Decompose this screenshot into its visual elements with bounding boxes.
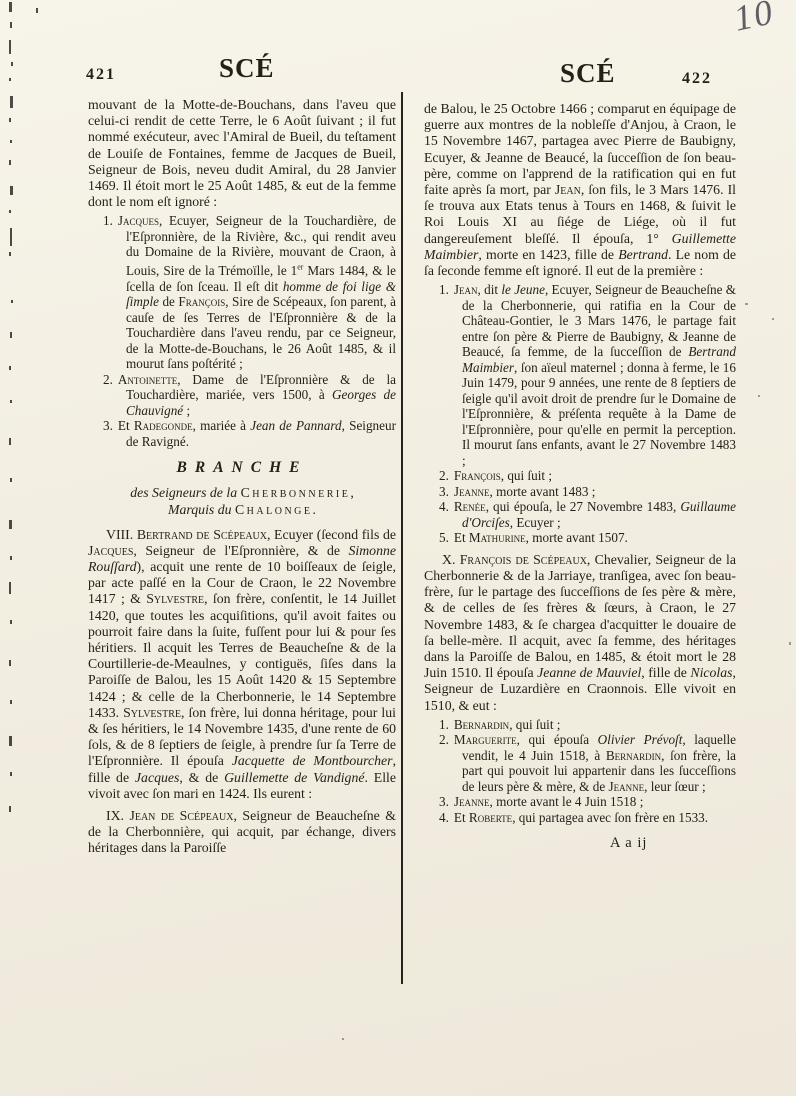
list-item-number: 5. <box>439 530 454 545</box>
page-number-right: 422 <box>682 70 712 88</box>
text-segment: François <box>454 468 501 483</box>
text-segment: , dit <box>478 282 502 297</box>
text-segment: , fille de <box>641 665 690 680</box>
text-segment: Jean de Scépeaux <box>129 808 233 823</box>
text-segment: , leur ſœur ; <box>644 779 706 794</box>
text-segment: Nicolas <box>690 665 732 680</box>
list-item-number: 2. <box>439 732 454 747</box>
branch-heading-line3: Marquis du Chalonge. <box>88 501 396 519</box>
column-divider-rule <box>401 92 403 984</box>
text-segment: Antoinette <box>118 372 177 387</box>
text-segment: , qui épouſa, le 27 Novembre 1483, <box>486 499 681 514</box>
scan-speck <box>9 252 11 256</box>
text-segment: Jacques <box>135 770 179 785</box>
text-segment: , mariée à <box>193 418 251 433</box>
scan-speck <box>10 556 12 560</box>
text-segment: , Chevalier, Seigneur de la Cherbonnerie… <box>424 552 736 680</box>
text-segment: Jeanne <box>608 779 644 794</box>
text-segment: , morte avant 1483 ; <box>490 484 596 499</box>
list-item-text: Bernardin, qui ſuit ; <box>454 717 561 732</box>
scan-speck <box>9 366 11 370</box>
text-segment: Jacques <box>118 213 159 228</box>
paragraph-generation-viii: VIII. Bertrand de Scépeaux, Ecuyer (ſeco… <box>88 527 396 802</box>
list-item-number: 4. <box>439 810 454 825</box>
text-segment: Jean <box>555 182 581 197</box>
list-item-text: Jacques, Ecuyer, Seigneur de la Touchard… <box>118 213 396 371</box>
list-item: 3.Jeanne, morte avant 1483 ; <box>424 484 736 500</box>
list-item-text: Jean, dit le Jeune, Ecuyer, Seigneur de … <box>454 282 736 468</box>
list-item-text: François, qui ſuit ; <box>454 468 552 483</box>
scan-speck <box>9 582 11 594</box>
list-item: 2.François, qui ſuit ; <box>424 468 736 484</box>
right-column: de Balou, le 25 Octobre 1466 ; comparut … <box>424 101 736 851</box>
children-list-x: 1.Bernardin, qui ſuit ; 2.Marguerite, qu… <box>424 717 736 826</box>
text-segment: , morte avant le 4 Juin 1518 ; <box>490 794 644 809</box>
scan-speck <box>9 520 12 529</box>
text-segment: Olivier Prévoſt <box>598 732 683 747</box>
list-item: 2.Antoinette, Dame de l'Eſpronnière & de… <box>88 372 396 419</box>
scan-speck <box>10 478 12 482</box>
scan-speck <box>745 303 748 305</box>
list-item: 4.Renée, qui épouſa, le 27 Novembre 1483… <box>424 499 736 530</box>
scan-speck <box>10 620 12 624</box>
text-segment: Et <box>118 418 134 433</box>
scan-speck <box>9 210 11 213</box>
paragraph-generation-x: X. François de Scépeaux, Chevalier, Seig… <box>424 552 736 714</box>
list-item-text: Jeanne, morte avant 1483 ; <box>454 484 595 499</box>
list-item-number: 1. <box>103 213 118 228</box>
paragraph-continuation-left: mouvant de la Motte-de-Bouchans, dans l'… <box>88 97 396 210</box>
text-segment: , ſon frère, conſentit, le 14 Juillet 14… <box>88 591 396 719</box>
scan-speck <box>10 772 12 776</box>
text-segment: mouvant de la Motte-de-Bouchans, dans l'… <box>88 97 396 209</box>
text-segment: Roberte <box>469 810 512 825</box>
branch-heading: BRANCHE des Seigneurs de la Cherbonnerie… <box>88 460 396 518</box>
list-item-number: 3. <box>103 418 118 433</box>
text-segment: François de Scépeaux <box>460 552 587 567</box>
text-segment: , qui partagea avec ſon frère en 1533. <box>512 810 708 825</box>
text-segment: , qui épouſa <box>517 732 598 747</box>
list-item: 4.Et Roberte, qui partagea avec ſon frèr… <box>424 810 736 826</box>
text-segment: Guillemette de Vandigné <box>224 770 364 785</box>
scan-speck <box>10 332 12 338</box>
handwritten-page-note: 10 <box>730 0 778 40</box>
list-item-number: 3. <box>439 794 454 809</box>
list-item: 1.Jacques, Ecuyer, Seigneur de la Toucha… <box>88 213 396 371</box>
text-segment: , Ecuyer ; <box>510 515 561 530</box>
scan-speck <box>36 8 38 13</box>
scan-speck <box>10 700 12 704</box>
text-segment: Jean de Pannard <box>250 418 341 433</box>
text-segment: Bernardin <box>606 748 661 763</box>
scan-speck <box>11 62 13 66</box>
list-item-text: Antoinette, Dame de l'Eſpronnière & de l… <box>118 372 396 418</box>
text-segment: , morte en 1423, fille de <box>478 247 618 262</box>
text-segment: , <box>350 485 353 500</box>
scan-speck <box>758 395 760 397</box>
list-item-text: Et Radegonde, mariée à Jean de Pannard, … <box>118 418 396 449</box>
text-segment: Chalonge <box>235 502 313 517</box>
branch-heading-title: BRANCHE <box>88 460 396 476</box>
text-segment: X. <box>442 552 460 567</box>
text-segment: Jacques <box>88 543 133 558</box>
list-item: 2.Marguerite, qui épouſa Olivier Prévoſt… <box>424 732 736 794</box>
text-segment: , qui ſuit ; <box>509 717 560 732</box>
scan-speck <box>10 400 12 403</box>
list-item-number: 3. <box>439 484 454 499</box>
list-item-number: 1. <box>439 282 454 297</box>
text-segment: Marguerite <box>454 732 517 747</box>
text-segment: ; <box>183 403 190 418</box>
book-page-scan: 10 421 SCÉ SCÉ 422 mouvant de la Motte-d… <box>0 0 796 1096</box>
branch-heading-line2: des Seigneurs de la Cherbonnerie, <box>88 484 396 502</box>
scan-speck <box>9 40 11 54</box>
text-segment: , Seigneur de l'Eſpronnière, & de <box>133 543 348 558</box>
scan-speck <box>10 228 12 246</box>
text-segment: Jeanne de Mauviel <box>537 665 641 680</box>
text-segment: , qui ſuit ; <box>501 468 552 483</box>
paragraph-generation-ix: IX. Jean de Scépeaux, Seigneur de Beauch… <box>88 808 396 857</box>
children-list-ix: 1.Jean, dit le Jeune, Ecuyer, Seigneur d… <box>424 282 736 546</box>
text-segment: Jacquette de Montbourcher <box>232 753 393 768</box>
list-item: 1.Jean, dit le Jeune, Ecuyer, Seigneur d… <box>424 282 736 468</box>
text-segment: Jean <box>454 282 478 297</box>
text-segment: , morte avant 1507. <box>526 530 628 545</box>
list-item-number: 2. <box>103 372 118 387</box>
text-segment: , ſon aïeul maternel ; donna à ferme, le… <box>462 360 736 468</box>
scan-speck <box>9 78 11 81</box>
text-segment: Bernardin <box>454 717 509 732</box>
scan-speck <box>772 318 774 320</box>
scan-speck <box>10 96 13 108</box>
scan-speck <box>11 300 13 303</box>
list-item-text: Et Mathurine, morte avant 1507. <box>454 530 628 545</box>
text-segment: Bertrand <box>618 247 668 262</box>
list-item-number: 2. <box>439 468 454 483</box>
list-item-number: 1. <box>439 717 454 732</box>
text-segment: . <box>313 502 316 517</box>
scan-speck <box>9 660 11 666</box>
list-item: 5.Et Mathurine, morte avant 1507. <box>424 530 736 546</box>
text-segment: Sylvestre <box>123 705 181 720</box>
text-segment: , Ecuyer (ſecond fils de <box>267 527 396 542</box>
list-item-text: Et Roberte, qui partagea avec ſon frère … <box>454 810 708 825</box>
scan-speck <box>342 1038 344 1040</box>
text-segment: Et <box>454 810 469 825</box>
text-segment: Sylvestre <box>146 591 204 606</box>
scan-speck <box>9 160 11 165</box>
signature-mark: A a ij <box>424 835 736 851</box>
list-item-text: Renée, qui épouſa, le 27 Novembre 1483, … <box>454 499 736 530</box>
text-segment: Renée <box>454 499 486 514</box>
list-item-number: 4. <box>439 499 454 514</box>
running-title-right: SCÉ <box>560 58 616 89</box>
list-item: 3.Jeanne, morte avant le 4 Juin 1518 ; <box>424 794 736 810</box>
list-item-text: Jeanne, morte avant le 4 Juin 1518 ; <box>454 794 643 809</box>
scan-speck <box>9 438 11 445</box>
left-column: mouvant de la Motte-de-Bouchans, dans l'… <box>88 97 396 860</box>
text-segment: Bertrand de Scépeaux <box>137 527 267 542</box>
text-segment: le Jeune <box>501 282 545 297</box>
text-segment: , & de <box>179 770 224 785</box>
scan-speck <box>789 642 791 645</box>
scan-speck <box>10 22 12 28</box>
text-segment: Jeanne <box>454 794 490 809</box>
text-segment: Marquis du <box>168 502 235 517</box>
scan-speck <box>10 140 12 143</box>
scan-speck <box>9 806 11 812</box>
scan-speck <box>9 118 11 122</box>
text-segment: IX. <box>106 808 129 823</box>
scan-speck <box>9 2 12 12</box>
text-segment: Cherbonnerie <box>241 485 351 500</box>
page-number-left: 421 <box>86 66 116 84</box>
text-segment: VIII. <box>106 527 137 542</box>
list-item-text: Marguerite, qui épouſa Olivier Prévoſt, … <box>454 732 736 794</box>
scan-speck <box>10 186 13 195</box>
children-list-vii: 1.Jacques, Ecuyer, Seigneur de la Toucha… <box>88 213 396 449</box>
text-segment: Et <box>454 530 469 545</box>
scan-speck <box>9 736 12 746</box>
list-item: 3.Et Radegonde, mariée à Jean de Pannard… <box>88 418 396 449</box>
text-segment: de <box>159 294 178 309</box>
text-segment: des Seigneurs de la <box>130 485 240 500</box>
text-segment: Jeanne <box>454 484 490 499</box>
paragraph-continuation-right: de Balou, le 25 Octobre 1466 ; comparut … <box>424 101 736 279</box>
text-segment: François <box>178 294 225 309</box>
running-title-left: SCÉ <box>219 53 275 84</box>
list-item: 1.Bernardin, qui ſuit ; <box>424 717 736 733</box>
text-segment: Mathurine <box>469 530 526 545</box>
text-segment: Radegonde <box>134 418 193 433</box>
